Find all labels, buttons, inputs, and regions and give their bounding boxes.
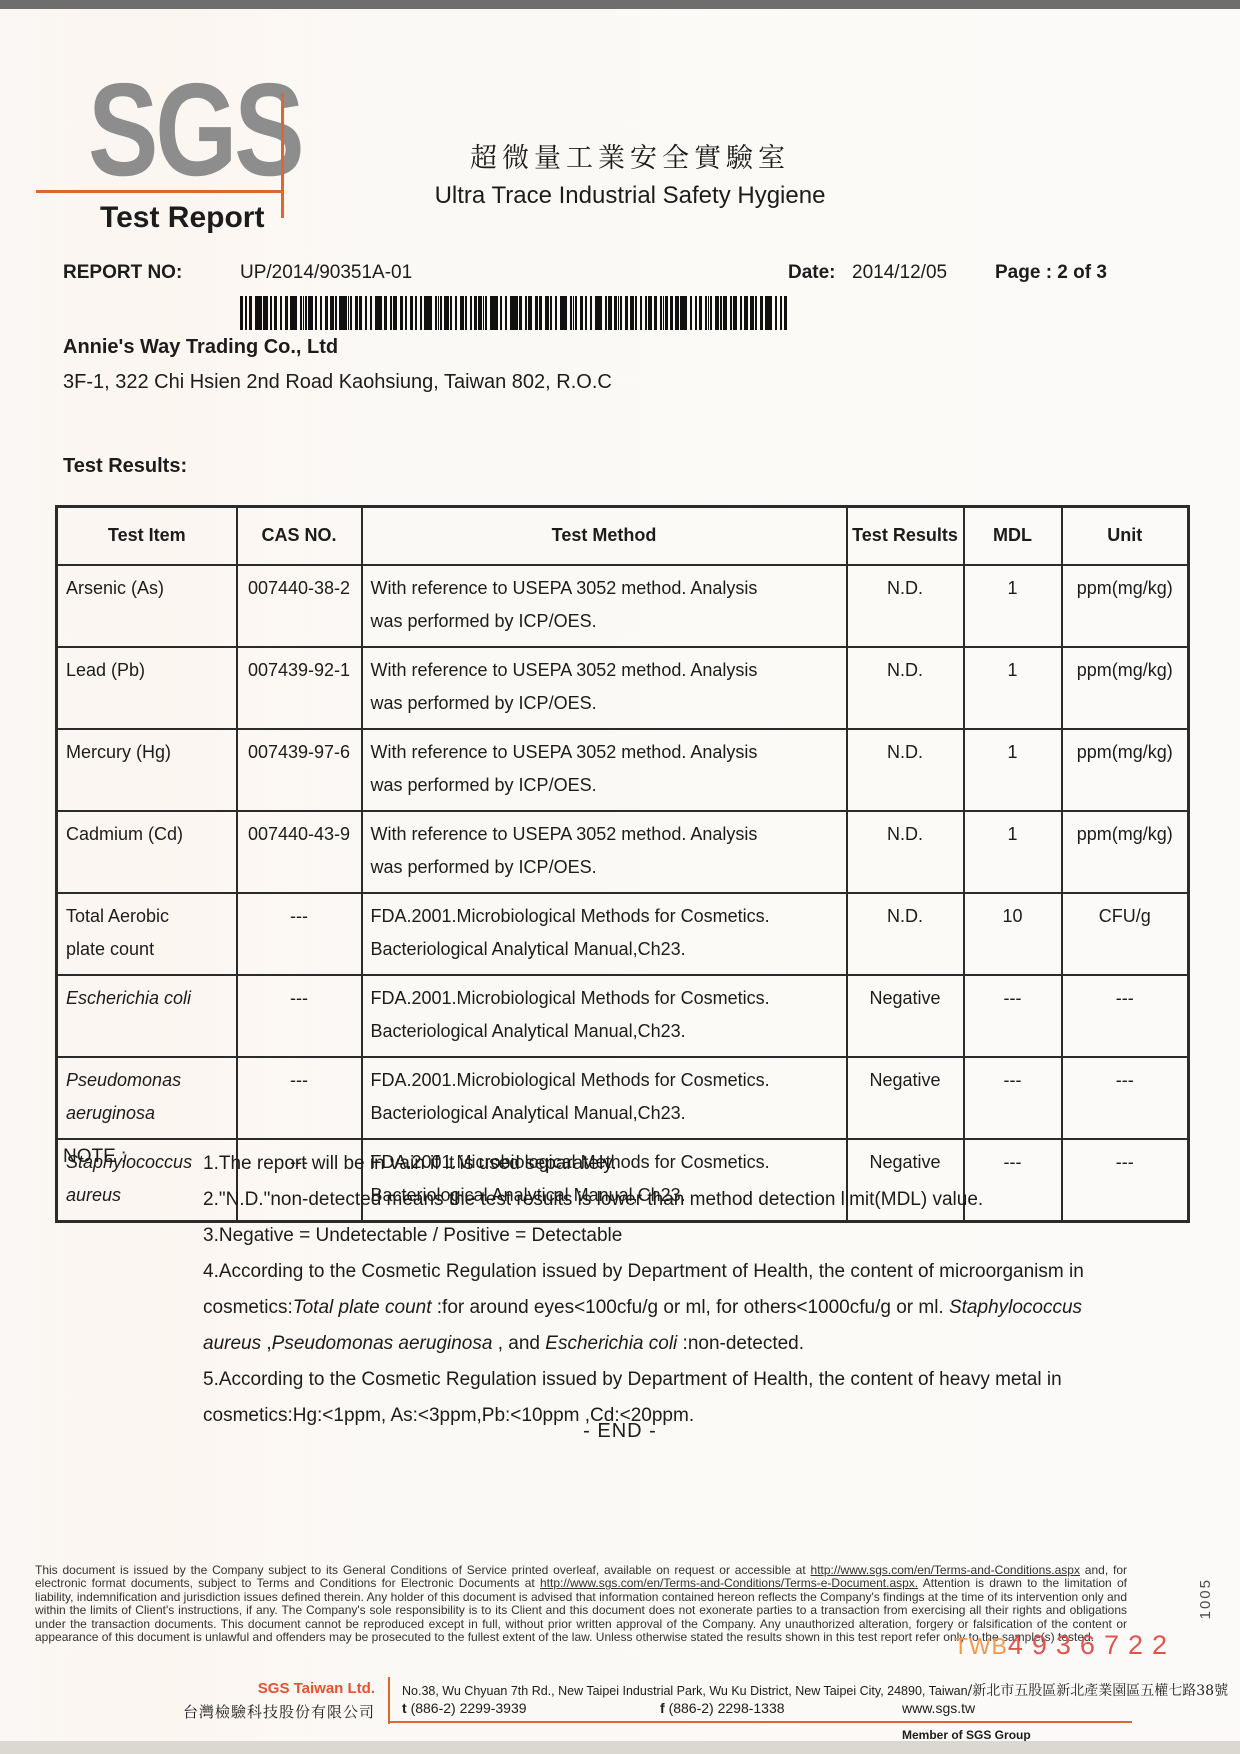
- table-row: Arsenic (As)007440-38-2With reference to…: [57, 565, 1189, 647]
- client-name: Annie's Way Trading Co., Ltd: [63, 336, 338, 359]
- page-indicator: Page : 2 of 3: [995, 262, 1107, 284]
- table-row: Pseudomonas aeruginosa---FDA.2001.Microb…: [57, 1057, 1189, 1139]
- table-cell: With reference to USEPA 3052 method. Ana…: [362, 565, 847, 647]
- table-cell: 1: [964, 811, 1062, 893]
- note-item: 1.The report will be in vain if it is us…: [203, 1146, 1091, 1182]
- table-cell: N.D.: [847, 893, 964, 975]
- table-cell: ppm(mg/kg): [1062, 565, 1189, 647]
- stamp-number: 4936722: [1008, 1630, 1176, 1660]
- table-cell: 007439-97-6: [237, 729, 362, 811]
- table-cell: ---: [964, 1057, 1062, 1139]
- sgs-logo: SGS: [88, 64, 301, 196]
- footer-company-block: SGS Taiwan Ltd. 台灣檢驗科技股份有限公司: [170, 1680, 375, 1722]
- column-header: Test Method: [362, 507, 847, 566]
- column-header: MDL: [964, 507, 1062, 566]
- table-cell: 007439-92-1: [237, 647, 362, 729]
- table-cell: N.D.: [847, 811, 964, 893]
- note-item: 3.Negative = Undetectable / Positive = D…: [203, 1218, 1091, 1254]
- footer-telephone: t (886-2) 2299-3939: [402, 1700, 527, 1716]
- footer-address-en: No.38, Wu Chyuan 7th Rd., New Taipei Ind…: [402, 1684, 968, 1698]
- note-item: 2."N.D."non-detected means the test resu…: [203, 1182, 1091, 1218]
- table-cell: With reference to USEPA 3052 method. Ana…: [362, 647, 847, 729]
- table-cell: Cadmium (Cd): [57, 811, 237, 893]
- results-header-row: Test ItemCAS NO.Test MethodTest ResultsM…: [57, 507, 1189, 566]
- table-cell: 007440-38-2: [237, 565, 362, 647]
- lab-name-chinese: 超微量工業安全實驗室: [380, 136, 880, 175]
- column-header: Test Item: [57, 507, 237, 566]
- date-label: Date:: [788, 262, 836, 284]
- table-cell: ---: [237, 1057, 362, 1139]
- table-cell: N.D.: [847, 729, 964, 811]
- report-no-label: REPORT NO:: [63, 262, 182, 284]
- client-address: 3F-1, 322 Chi Hsien 2nd Road Kaohsiung, …: [63, 371, 612, 394]
- column-header: CAS NO.: [237, 507, 362, 566]
- scan-bottom-edge: [0, 1741, 1240, 1754]
- test-report-page: SGS Test Report 超微量工業安全實驗室 Ultra Trace I…: [0, 0, 1240, 1754]
- table-cell: FDA.2001.Microbiological Methods for Cos…: [362, 975, 847, 1057]
- tel-number: (886-2) 2299-3939: [411, 1700, 527, 1716]
- fax-number: (886-2) 2298-1338: [669, 1700, 785, 1716]
- results-section-title: Test Results:: [63, 455, 187, 478]
- report-barcode: [240, 296, 788, 330]
- table-row: Escherichia coli---FDA.2001.Microbiologi…: [57, 975, 1189, 1057]
- footer-orange-rule: [390, 1721, 1132, 1723]
- table-cell: ---: [964, 975, 1062, 1057]
- logo-vertical-line: [281, 93, 284, 218]
- end-marker: - END -: [0, 1420, 1240, 1443]
- footer-member-text: Member of SGS Group: [902, 1728, 1031, 1742]
- table-row: Cadmium (Cd)007440-43-9With reference to…: [57, 811, 1189, 893]
- note-item: 4.According to the Cosmetic Regulation i…: [203, 1254, 1091, 1362]
- table-cell: 1: [964, 565, 1062, 647]
- logo-horizontal-line: [36, 190, 283, 193]
- table-cell: 10: [964, 893, 1062, 975]
- table-cell: FDA.2001.Microbiological Methods for Cos…: [362, 1057, 847, 1139]
- date-value: 2014/12/05: [852, 262, 947, 284]
- table-cell: Pseudomonas aeruginosa: [57, 1057, 237, 1139]
- table-cell: CFU/g: [1062, 893, 1189, 975]
- table-cell: N.D.: [847, 565, 964, 647]
- fax-prefix: f: [660, 1700, 665, 1716]
- table-cell: Total Aerobic plate count: [57, 893, 237, 975]
- table-cell: ---: [1062, 975, 1189, 1057]
- footer-company-en: SGS Taiwan Ltd.: [170, 1680, 375, 1697]
- footer-address-zh: /新北市五股區新北產業園區五權七路38號: [968, 1683, 1229, 1699]
- table-cell: Negative: [847, 1057, 964, 1139]
- table-cell: Escherichia coli: [57, 975, 237, 1057]
- results-table: Test ItemCAS NO.Test MethodTest ResultsM…: [55, 505, 1190, 1223]
- table-cell: Arsenic (As): [57, 565, 237, 647]
- results-body: Arsenic (As)007440-38-2With reference to…: [57, 565, 1189, 1222]
- table-cell: ---: [1062, 1057, 1189, 1139]
- table-cell: ---: [237, 975, 362, 1057]
- footer-divider-line: [388, 1677, 390, 1724]
- notes-label: NOTE :: [63, 1146, 126, 1168]
- table-cell: Mercury (Hg): [57, 729, 237, 811]
- tel-prefix: t: [402, 1700, 407, 1716]
- lab-accreditation-stamp: TWB4936722: [954, 1630, 1176, 1661]
- doc-type-title: Test Report: [100, 201, 264, 235]
- table-cell: With reference to USEPA 3052 method. Ana…: [362, 811, 847, 893]
- table-cell: FDA.2001.Microbiological Methods for Cos…: [362, 893, 847, 975]
- table-cell: 1: [964, 729, 1062, 811]
- footer-address: No.38, Wu Chyuan 7th Rd., New Taipei Ind…: [402, 1680, 1228, 1700]
- table-cell: With reference to USEPA 3052 method. Ana…: [362, 729, 847, 811]
- column-header: Unit: [1062, 507, 1189, 566]
- table-cell: 1: [964, 647, 1062, 729]
- footer-fax: f (886-2) 2298-1338: [660, 1700, 785, 1716]
- table-cell: Negative: [847, 975, 964, 1057]
- column-header: Test Results: [847, 507, 964, 566]
- table-cell: N.D.: [847, 647, 964, 729]
- lab-name-block: 超微量工業安全實驗室 Ultra Trace Industrial Safety…: [380, 136, 880, 210]
- lab-name-english: Ultra Trace Industrial Safety Hygiene: [380, 182, 880, 210]
- report-no-value: UP/2014/90351A-01: [240, 262, 412, 284]
- table-cell: Lead (Pb): [57, 647, 237, 729]
- side-code: 1005: [1197, 1578, 1214, 1619]
- table-row: Mercury (Hg)007439-97-6With reference to…: [57, 729, 1189, 811]
- table-cell: ppm(mg/kg): [1062, 647, 1189, 729]
- footer-website: www.sgs.tw: [902, 1700, 975, 1716]
- table-row: Lead (Pb)007439-92-1With reference to US…: [57, 647, 1189, 729]
- scan-top-edge: [0, 0, 1240, 9]
- notes-list: 1.The report will be in vain if it is us…: [203, 1146, 1091, 1434]
- footer-company-zh: 台灣檢驗科技股份有限公司: [170, 1701, 375, 1722]
- table-row: Total Aerobic plate count---FDA.2001.Mic…: [57, 893, 1189, 975]
- table-cell: 007440-43-9: [237, 811, 362, 893]
- table-cell: ppm(mg/kg): [1062, 729, 1189, 811]
- table-cell: ppm(mg/kg): [1062, 811, 1189, 893]
- table-cell: ---: [237, 893, 362, 975]
- stamp-prefix: TWB: [954, 1633, 1008, 1659]
